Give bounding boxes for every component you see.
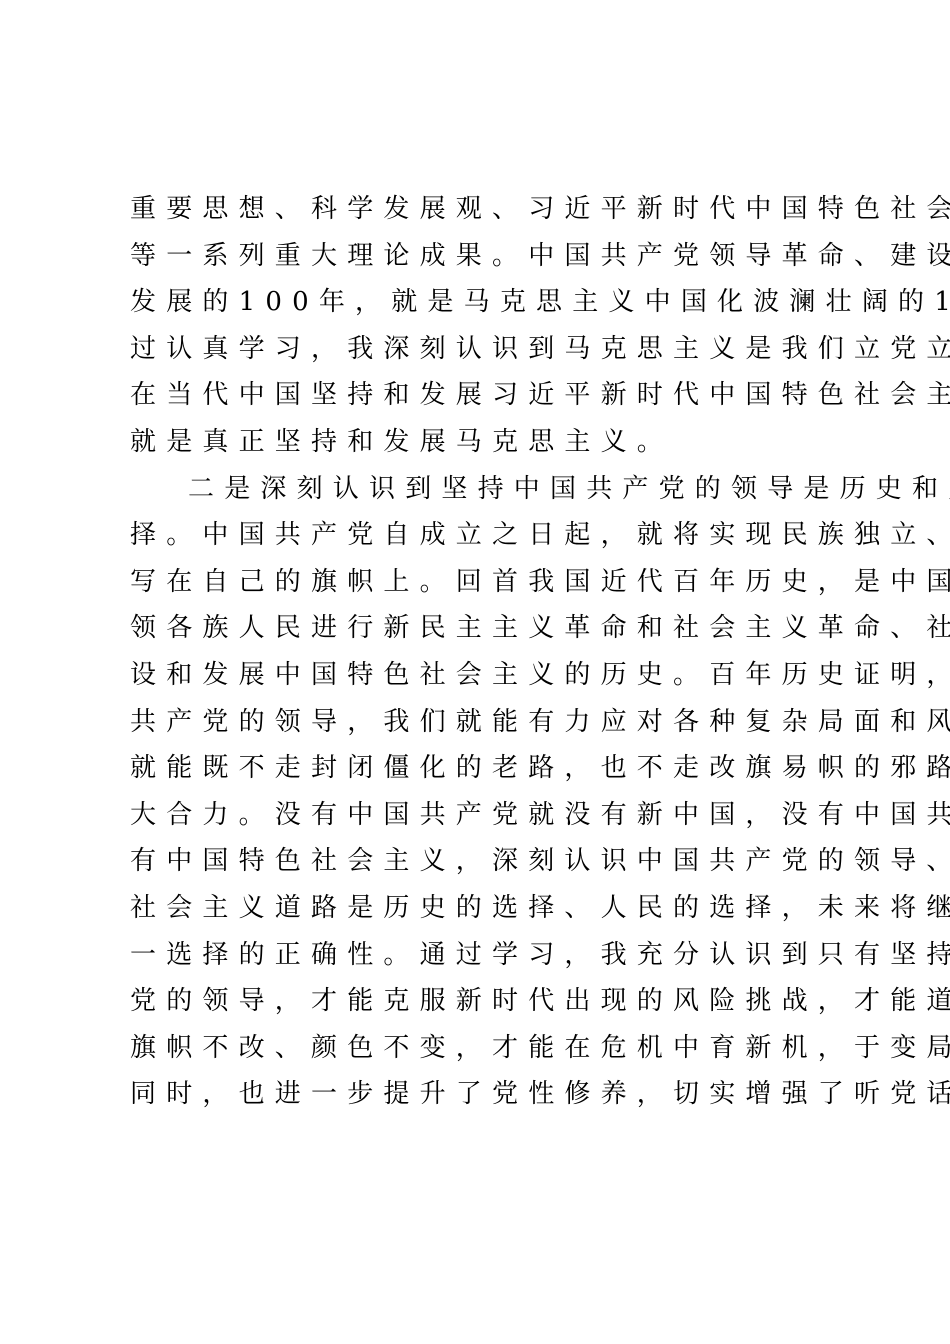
- paragraph-2-line-14: 同时，也进一步提升了党性修养，切实增强了听党话、跟党走: [130, 1071, 830, 1118]
- paragraph-2-line-10: 社会主义道路是历史的选择、人民的选择，未来将继续证明这: [130, 885, 830, 932]
- paragraph-2-line-6: 共产党的领导，我们就能有力应对各种复杂局面和风险挑战，: [130, 699, 830, 746]
- paragraph-2-line-9: 有中国特色社会主义，深刻认识中国共产党的领导、中国特色: [130, 838, 830, 885]
- paragraph-2-line-3: 写在自己的旗帜上。回首我国近代百年历史，是中国共产党带: [130, 559, 830, 606]
- document-page: 重要思想、科学发展观、习近平新时代中国特色社会主义思想 等一系列重大理论成果。中…: [0, 0, 950, 1344]
- paragraph-1-line-1: 重要思想、科学发展观、习近平新时代中国特色社会主义思想: [130, 186, 830, 233]
- paragraph-2-line-2: 择。中国共产党自成立之日起，就将实现民族独立、国家富强: [130, 512, 830, 559]
- paragraph-2-line-11: 一选择的正确性。通过学习，我充分认识到只有坚持中国共产: [130, 932, 830, 979]
- paragraph-1-line-2: 等一系列重大理论成果。中国共产党领导革命、建设、改革、: [130, 233, 830, 280]
- paragraph-1-line-3: 发展的100年，就是马克思主义中国化波澜壮阔的100年。通: [130, 279, 830, 326]
- paragraph-2-line-13: 旗帜不改、颜色不变，才能在危机中育新机，于变局中开新局。: [130, 1025, 830, 1072]
- paragraph-2-line-4: 领各族人民进行新民主主义革命和社会主义革命、社会主义建: [130, 605, 830, 652]
- paragraph-1-line-6: 就是真正坚持和发展马克思主义。: [130, 419, 830, 466]
- body-text: 重要思想、科学发展观、习近平新时代中国特色社会主义思想 等一系列重大理论成果。中…: [130, 186, 830, 1118]
- paragraph-2-line-12: 党的领导，才能克服新时代出现的风险挑战，才能道路不偏、: [130, 978, 830, 1025]
- paragraph-2-line-1: 二是深刻认识到坚持中国共产党的领导是历史和人民的选: [130, 466, 830, 513]
- paragraph-2-line-5: 设和发展中国特色社会主义的历史。百年历史证明，坚持中国: [130, 652, 830, 699]
- paragraph-1-line-4: 过认真学习，我深刻认识到马克思主义是我们立党立国之本，: [130, 326, 830, 373]
- paragraph-2-line-7: 就能既不走封闭僵化的老路，也不走改旗易帜的邪路，形成强: [130, 745, 830, 792]
- paragraph-2-line-8: 大合力。没有中国共产党就没有新中国，没有中国共产党就没: [130, 792, 830, 839]
- paragraph-1-line-5: 在当代中国坚持和发展习近平新时代中国特色社会主义思想，: [130, 372, 830, 419]
